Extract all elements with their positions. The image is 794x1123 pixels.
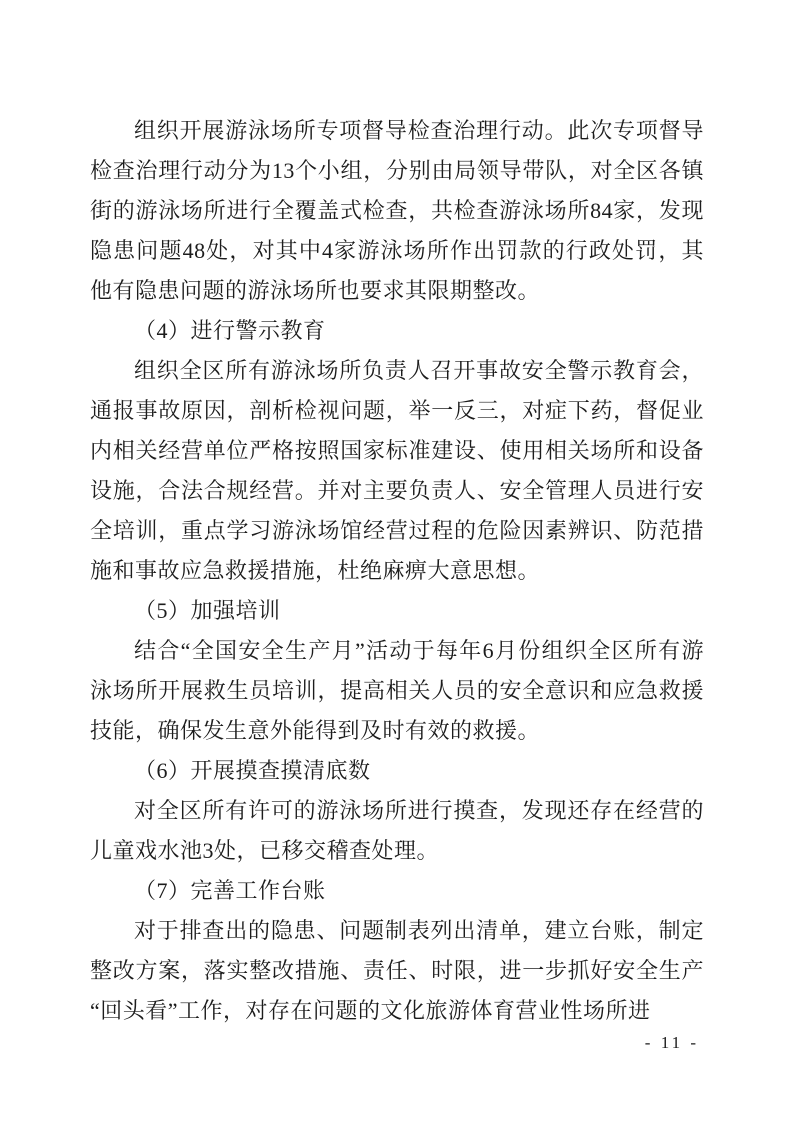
page-number: - 11 - xyxy=(645,1031,699,1055)
document-body: 组织开展游泳场所专项督导检查治理行动。此次专项督导检查治理行动分为13个小组，分… xyxy=(90,111,704,1031)
document-page: 组织开展游泳场所专项督导检查治理行动。此次专项督导检查治理行动分为13个小组，分… xyxy=(0,0,794,1123)
paragraph: 对于排查出的隐患、问题制表列出清单，建立台账，制定整改方案，落实整改措施、责任、… xyxy=(90,911,704,1031)
section-heading: （6）开展摸查摸清底数 xyxy=(90,751,704,791)
paragraph: 组织全区所有游泳场所负责人召开事故安全警示教育会，通报事故原因，剖析检视问题，举… xyxy=(90,351,704,591)
paragraph: 组织开展游泳场所专项督导检查治理行动。此次专项督导检查治理行动分为13个小组，分… xyxy=(90,111,704,311)
paragraph: 结合“全国安全生产月”活动于每年6月份组织全区所有游泳场所开展救生员培训，提高相… xyxy=(90,631,704,751)
section-heading: （4）进行警示教育 xyxy=(90,311,704,351)
section-heading: （7）完善工作台账 xyxy=(90,871,704,911)
section-heading: （5）加强培训 xyxy=(90,591,704,631)
paragraph: 对全区所有许可的游泳场所进行摸查，发现还存在经营的儿童戏水池3处，已移交稽查处理… xyxy=(90,791,704,871)
